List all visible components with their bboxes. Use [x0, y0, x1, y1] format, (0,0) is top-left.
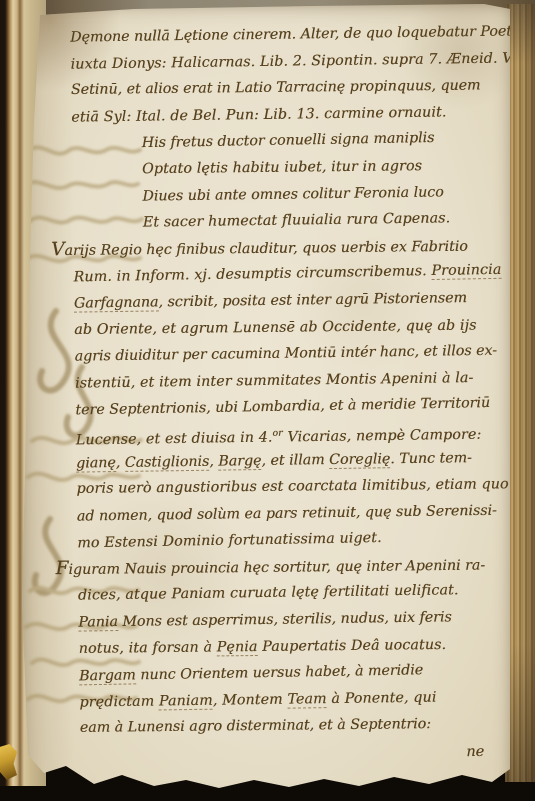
text-line: ab Oriente, et agrum Lunensē ab Occident…: [48, 312, 518, 344]
text-line: eam à Lunensi agro disterminat, et à Sep…: [54, 711, 524, 743]
page-text: Dęmone nullā Lętione cinerem. Alter, de …: [44, 18, 524, 771]
manuscript-photo: Dęmone nullā Lętione cinerem. Alter, de …: [0, 0, 535, 801]
catchword: ne: [54, 738, 524, 771]
text-line: Setinū, et alios erat in Latio Tarracinę…: [45, 72, 515, 104]
text-line: Figuram Nauis prouincia hęc sortitur, qu…: [51, 551, 521, 583]
text-line: poris uerò angustioribus est coarctata l…: [50, 471, 520, 503]
book-page: Dęmone nullā Lętione cinerem. Alter, de …: [14, 3, 510, 795]
text-line: Optato lętis habitu iubet, itur in agros: [46, 152, 516, 184]
text-lines: Dęmone nullā Lętione cinerem. Alter, de …: [44, 18, 524, 743]
